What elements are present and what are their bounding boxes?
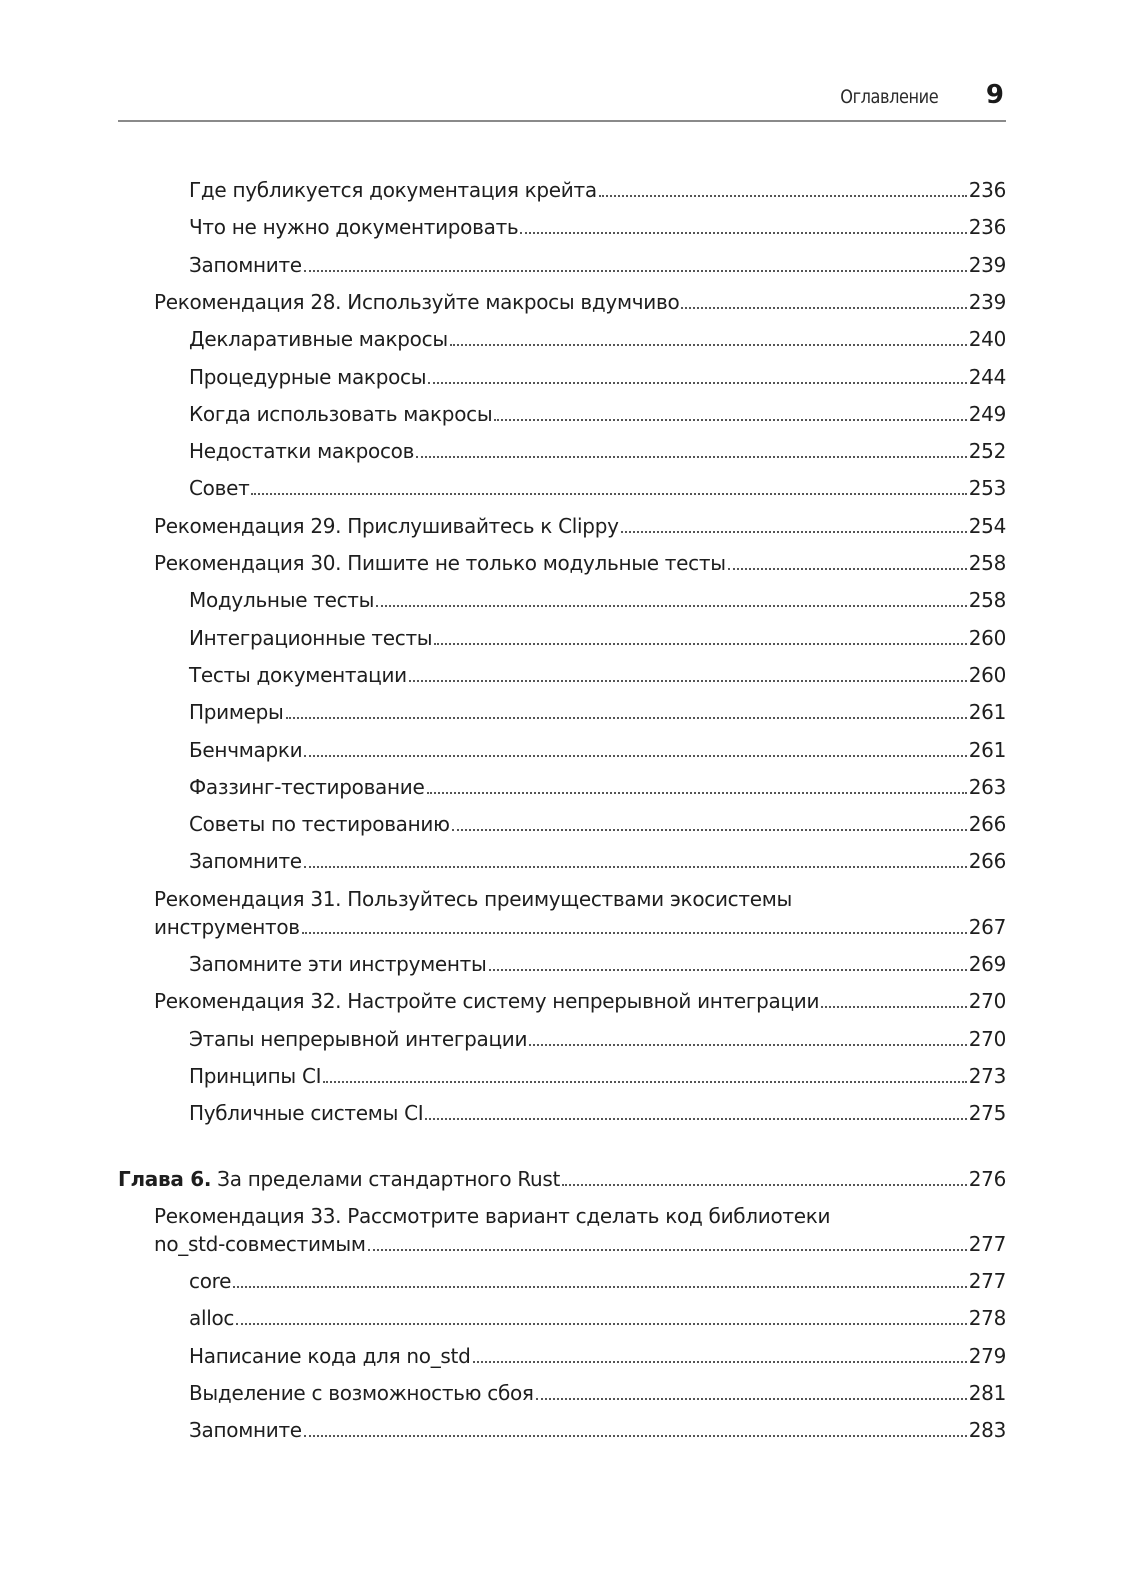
toc-entry-title: Написание кода для no_std	[189, 1344, 471, 1368]
toc-page-number: 276	[969, 1167, 1006, 1191]
toc-entry[interactable]: Рекомендация 32. Настройте систему непре…	[154, 983, 1006, 1013]
toc-entry-title-line: Рекомендация 33. Рассмотрите вариант сде…	[154, 1204, 830, 1228]
toc-entry[interactable]: Рекомендация 30. Пишите не только модуль…	[154, 545, 1006, 575]
toc-entry[interactable]: Фаззинг-тестирование263	[189, 769, 1006, 799]
dot-leader	[304, 755, 966, 757]
toc-page-number: 270	[969, 1027, 1006, 1051]
toc-page-number: 270	[969, 989, 1006, 1013]
toc-entry[interactable]: Советы по тестированию266	[189, 806, 1006, 836]
toc-entry[interactable]: Совет253	[189, 470, 1006, 500]
toc-entry[interactable]: инструментов267	[154, 909, 1006, 939]
toc-entry-title: Запомните эти инструменты	[189, 952, 487, 976]
toc-entry[interactable]: Принципы CI273	[189, 1058, 1006, 1088]
toc-entry[interactable]: Публичные системы CI275	[189, 1095, 1006, 1125]
toc-entry[interactable]: Рекомендация 29. Прислушивайтесь к Clipp…	[154, 508, 1006, 538]
toc-entry-title: Совет	[189, 476, 249, 500]
dot-leader	[529, 1044, 967, 1046]
toc-entry[interactable]: Выделение с возможностью сбоя281	[189, 1375, 1006, 1405]
toc-page-number: 258	[969, 588, 1006, 612]
toc-page-number: 281	[969, 1381, 1006, 1405]
dot-leader	[728, 568, 967, 570]
toc-page-number: 279	[969, 1344, 1006, 1368]
toc-entry[interactable]: alloc278	[189, 1300, 1006, 1330]
dot-leader	[473, 1361, 967, 1363]
dot-leader	[233, 1286, 967, 1288]
dot-leader	[821, 1006, 967, 1008]
toc-page-number: 269	[969, 952, 1006, 976]
dot-leader	[302, 932, 967, 934]
toc-entry-title: Публичные системы CI	[189, 1101, 423, 1125]
toc-entry[interactable]: Тесты документации260	[189, 657, 1006, 687]
toc-page-number: 275	[969, 1101, 1006, 1125]
toc-page-number: 236	[969, 178, 1006, 202]
dot-leader	[304, 270, 967, 272]
toc-entry[interactable]: Декларативные макросы240	[189, 321, 1006, 351]
toc-page-number: 239	[969, 253, 1006, 277]
toc-entry-title: alloc	[189, 1306, 234, 1330]
toc-page-number: 278	[969, 1306, 1006, 1330]
dot-leader	[452, 829, 967, 831]
toc-page-number: 266	[969, 812, 1006, 836]
toc-entry-title-line: Рекомендация 31. Пользуйтесь преимуществ…	[154, 887, 792, 911]
dot-leader	[489, 969, 967, 971]
toc-entry-title: Фаззинг-тестирование	[189, 775, 425, 799]
toc-entry[interactable]: no_std-совместимым277	[154, 1226, 1006, 1256]
dot-leader	[251, 493, 966, 495]
dot-leader	[681, 307, 966, 309]
dot-leader	[520, 232, 966, 234]
toc-entry[interactable]: Примеры261	[189, 694, 1006, 724]
toc-entry-title: Модульные тесты	[189, 588, 374, 612]
toc-page-number: 252	[969, 439, 1006, 463]
toc-entry-title: core	[189, 1269, 231, 1293]
toc-entry-title: Недостатки макросов	[189, 439, 414, 463]
toc-entry[interactable]: Рекомендация 28. Используйте макросы вду…	[154, 284, 1006, 314]
toc-entry[interactable]: Интеграционные тесты260	[189, 620, 1006, 650]
toc-page-number: 283	[969, 1418, 1006, 1442]
toc-entry-title: Бенчмарки	[189, 738, 302, 762]
toc-entry-title: Советы по тестированию	[189, 812, 450, 836]
toc-entry-title: Этапы непрерывной интеграции	[189, 1027, 527, 1051]
dot-leader	[376, 605, 967, 607]
toc-entry-title: Где публикуется документация крейта	[189, 178, 597, 202]
toc-page-number: 277	[969, 1269, 1006, 1293]
toc-page-number: 273	[969, 1064, 1006, 1088]
toc-entry-title: Рекомендация 32. Настройте систему непре…	[154, 989, 819, 1013]
toc-page-number: 236	[969, 215, 1006, 239]
toc-page-number: 258	[969, 551, 1006, 575]
toc-entry[interactable]: Запомните239	[189, 247, 1006, 277]
toc-entry-title: Запомните	[189, 1418, 302, 1442]
dot-leader	[428, 382, 966, 384]
toc-page-number: 260	[969, 663, 1006, 687]
toc-entry-title: Что не нужно документировать	[189, 215, 518, 239]
dot-leader	[562, 1184, 967, 1186]
dot-leader	[368, 1249, 967, 1251]
toc-page-number: 261	[969, 738, 1006, 762]
dot-leader	[416, 456, 967, 458]
toc-entry-title: Рекомендация 28. Используйте макросы вду…	[154, 290, 679, 314]
toc-page-number: 263	[969, 775, 1006, 799]
toc-entry[interactable]: Когда использовать макросы249	[189, 396, 1006, 426]
toc-entry-title: Примеры	[189, 700, 284, 724]
dot-leader	[323, 1081, 967, 1083]
toc-chapter[interactable]: Глава 6. За пределами стандартного Rust2…	[118, 1161, 1006, 1191]
toc-page-number: 254	[969, 514, 1006, 538]
dot-leader	[409, 680, 967, 682]
toc-entry-title: Когда использовать макросы	[189, 402, 492, 426]
toc-entry[interactable]: Недостатки макросов252	[189, 433, 1006, 463]
toc-page-number: 260	[969, 626, 1006, 650]
toc-entry-title: Глава 6. За пределами стандартного Rust	[118, 1167, 560, 1191]
toc-entry-title: Рекомендация 30. Пишите не только модуль…	[154, 551, 726, 575]
running-header: Оглавление 9	[118, 78, 1006, 122]
toc-entry[interactable]: Запомните эти инструменты269	[189, 946, 1006, 976]
toc-entry-title: Рекомендация 29. Прислушивайтесь к Clipp…	[154, 514, 619, 538]
dot-leader	[494, 419, 966, 421]
page-number: 9	[986, 80, 1004, 110]
toc-page-number: 266	[969, 849, 1006, 873]
toc-entry-title: Декларативные макросы	[189, 327, 448, 351]
section-title: Оглавление	[840, 86, 938, 108]
toc-entry[interactable]: Где публикуется документация крейта236	[189, 172, 1006, 202]
toc-page-number: 277	[969, 1232, 1006, 1256]
toc-entry[interactable]: core277	[189, 1263, 1006, 1293]
toc-page-number: 261	[969, 700, 1006, 724]
toc-entry-title: инструментов	[154, 915, 300, 939]
toc-page-number: 240	[969, 327, 1006, 351]
dot-leader	[286, 717, 967, 719]
dot-leader	[599, 195, 967, 197]
toc-page-number: 244	[969, 365, 1006, 389]
toc-page-number: 239	[969, 290, 1006, 314]
dot-leader	[621, 531, 967, 533]
dot-leader	[304, 1435, 967, 1437]
toc-entry[interactable]: Написание кода для no_std279	[189, 1338, 1006, 1368]
chapter-title: За пределами стандартного Rust	[211, 1167, 560, 1191]
dot-leader	[536, 1398, 967, 1400]
dot-leader	[304, 866, 967, 868]
dot-leader	[236, 1323, 967, 1325]
toc-page-number: 249	[969, 402, 1006, 426]
dot-leader	[427, 792, 967, 794]
toc-entry-title: no_std-совместимым	[154, 1232, 366, 1256]
dot-leader	[425, 1118, 966, 1120]
dot-leader	[450, 344, 967, 346]
toc-entry-title: Принципы CI	[189, 1064, 321, 1088]
toc-entry[interactable]: Запомните266	[189, 843, 1006, 873]
toc-entry-title: Тесты документации	[189, 663, 407, 687]
toc-entry-title: Выделение с возможностью сбоя	[189, 1381, 534, 1405]
toc-entry[interactable]: Что не нужно документировать236	[189, 209, 1006, 239]
toc-page-number: 253	[969, 476, 1006, 500]
dot-leader	[434, 643, 966, 645]
toc-entry[interactable]: Запомните283	[189, 1412, 1006, 1442]
toc-entry-title: Интеграционные тесты	[189, 626, 432, 650]
toc-entry-title: Процедурные макросы	[189, 365, 426, 389]
toc-entry[interactable]: Процедурные макросы244	[189, 359, 1006, 389]
toc-entry[interactable]: Бенчмарки261	[189, 732, 1006, 762]
toc-entry-title: Запомните	[189, 849, 302, 873]
toc-page-number: 267	[969, 915, 1006, 939]
toc-entry-title: Запомните	[189, 253, 302, 277]
toc-entry[interactable]: Модульные тесты258	[189, 582, 1006, 612]
chapter-label: Глава 6.	[118, 1167, 211, 1191]
toc-entry[interactable]: Этапы непрерывной интеграции270	[189, 1021, 1006, 1051]
